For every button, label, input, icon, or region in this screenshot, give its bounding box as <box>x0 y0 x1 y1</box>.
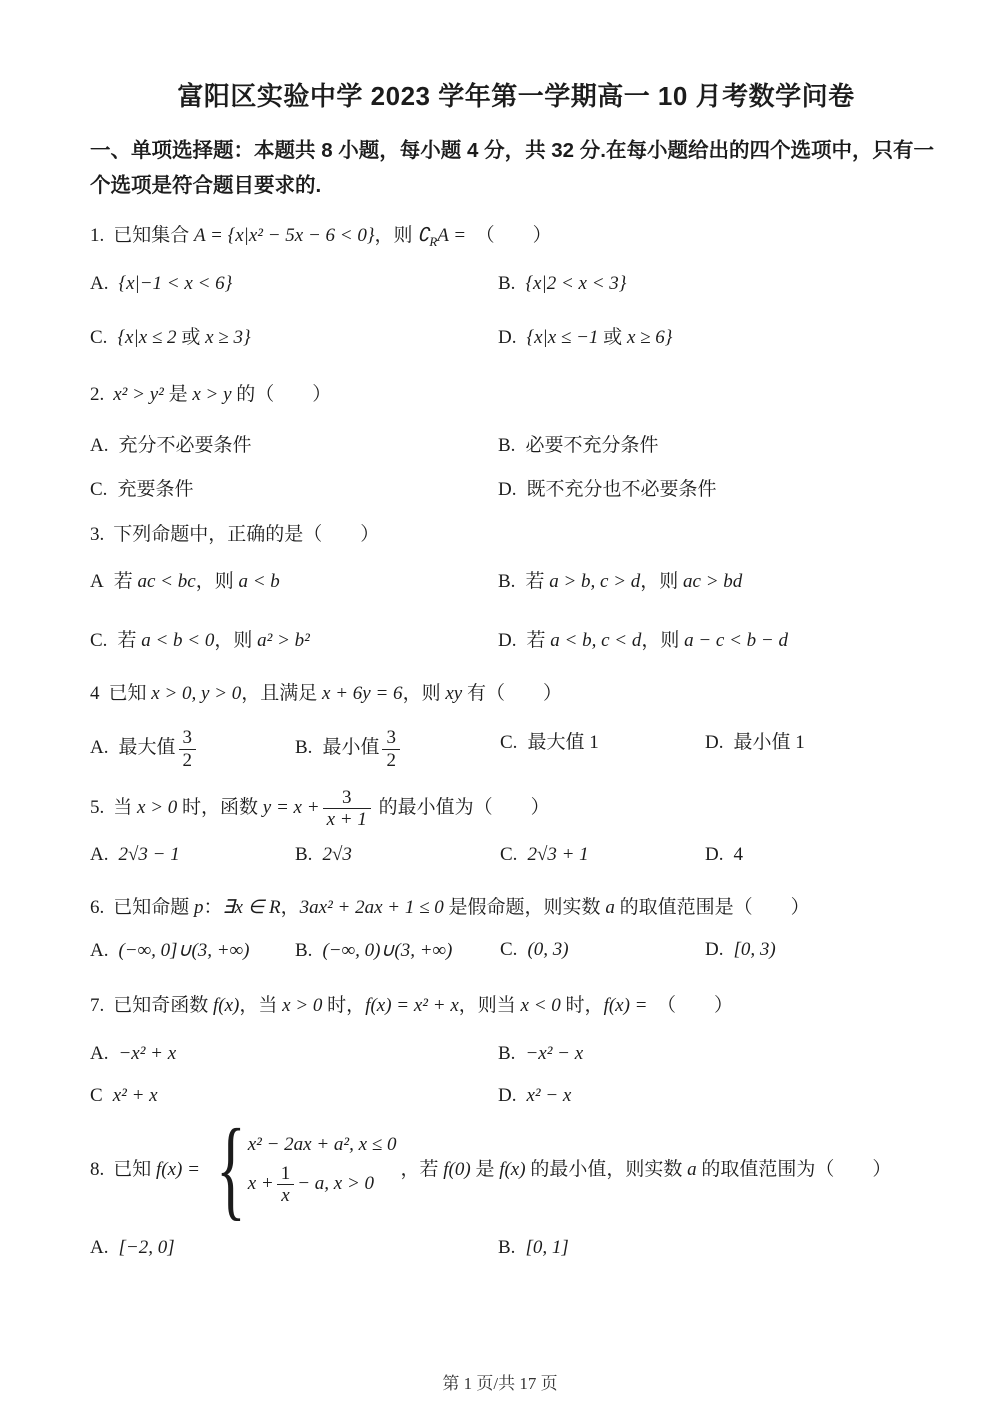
option-label: B. <box>295 844 312 865</box>
option-item: B.[0, 1] <box>498 1237 942 1259</box>
options-row: A.{x|−1 < x < 6} B.{x|2 < x < 3} <box>90 273 942 295</box>
text-run: ，则 <box>196 571 239 592</box>
text-run: 是 <box>164 384 193 405</box>
math-run: f(0) <box>443 1159 470 1180</box>
math-run: {x|x ≤ −1 <box>526 327 598 348</box>
math-run: a − c < b − d <box>684 630 788 651</box>
text-run: ，则 <box>641 630 684 651</box>
option-content: 最大值 1 <box>527 732 598 753</box>
text-run: 2 <box>183 750 193 771</box>
option-label: A <box>90 571 104 592</box>
options-row: A.(−∞, 0]∪(3, +∞) B.(−∞, 0)∪(3, +∞) C.(0… <box>90 939 942 962</box>
option-label: B. <box>498 435 515 456</box>
text-run: 4 <box>733 844 743 865</box>
option-content: 充要条件 <box>117 479 193 500</box>
option-item: A.−x² + x <box>90 1043 498 1065</box>
text-run: 若 <box>526 630 550 651</box>
options-row: C.若 a < b < 0，则 a² > b² D.若 a < b, c < d… <box>90 625 942 652</box>
math-run: − a, x > 0 <box>297 1173 374 1194</box>
option-label: D. <box>705 939 723 960</box>
math-run: [0, 1] <box>525 1237 568 1258</box>
question-number: 1. <box>90 225 104 246</box>
math-run: −x² + x <box>118 1043 176 1064</box>
text-run: ： <box>204 897 223 918</box>
option-label: D. <box>498 630 516 651</box>
option-item: B.{x|2 < x < 3} <box>498 273 942 295</box>
text-run: ，则 <box>374 225 417 246</box>
options-row: A.−x² + x B.−x² − x <box>90 1043 942 1065</box>
text-run: ，若 <box>400 1159 443 1180</box>
question-text: 已知集合 A = {x|x² − 5x − 6 < 0}，则 ∁RA = （ ） <box>113 225 551 246</box>
option-content: 必要不充分条件 <box>525 435 658 456</box>
question-stem: 1.已知集合 A = {x|x² − 5x − 6 < 0}，则 ∁RA = （… <box>90 220 942 250</box>
option-label: A. <box>90 435 108 456</box>
text-run: 有（ ） <box>462 683 562 704</box>
question-text: 已知 x > 0, y > 0，且满足 x + 6y = 6，则 xy 有（ ） <box>109 683 562 704</box>
options-row: A若 ac < bc，则 a < b B.若 a > b, c > d，则 ac… <box>90 566 942 593</box>
text-run: 或 <box>598 327 627 348</box>
math-run: a < b, c < d <box>550 630 641 651</box>
option-item: B.必要不充分条件 <box>498 430 942 457</box>
fraction-denominator: x <box>277 1184 295 1206</box>
math-run: f(x) <box>213 995 239 1016</box>
options-row: Cx² + x D.x² − x <box>90 1085 942 1107</box>
text-run: ， <box>281 897 300 918</box>
math-run: f(x) = <box>604 995 648 1016</box>
text-run: 时， <box>322 995 365 1016</box>
piecewise-cases: x² − 2ax + a², x ≤ 0x +1x− a, x > 0 <box>248 1127 397 1214</box>
option-item: A.2√3 − 1 <box>90 844 295 866</box>
fraction-numerator: 3 <box>323 787 371 808</box>
text-run: 充要条件 <box>117 479 193 500</box>
text-run: （ ） <box>648 995 734 1016</box>
text-run: 最小值 1 <box>733 732 804 753</box>
option-item: B.若 a > b, c > d，则 ac > bd <box>498 566 942 593</box>
option-label: B. <box>295 940 312 961</box>
option-item: D.既不充分也不必要条件 <box>498 474 942 501</box>
options-row: C.{x|x ≤ 2 或 x ≥ 3} D.{x|x ≤ −1 或 x ≥ 6} <box>90 322 942 349</box>
option-item: D.最小值 1 <box>705 727 942 771</box>
option-label: B. <box>295 737 312 758</box>
text-run: 2 <box>386 750 396 771</box>
math-run: a <box>687 1159 697 1180</box>
text-run: 或 <box>177 327 206 348</box>
option-item: B.2√3 <box>295 844 500 866</box>
option-item: D.若 a < b, c < d，则 a − c < b − d <box>498 625 942 652</box>
option-item: B.−x² − x <box>498 1043 942 1065</box>
text-run: ，当 <box>239 995 282 1016</box>
fraction-numerator: 1 <box>277 1163 295 1184</box>
option-item: D.x² − x <box>498 1085 942 1107</box>
math-run: −x² − x <box>525 1043 583 1064</box>
piecewise-case: x +1x− a, x > 0 <box>248 1163 397 1207</box>
math-run: (0, 3) <box>527 939 568 960</box>
option-content: 若 ac < bc，则 a < b <box>114 571 280 592</box>
math-run: xy <box>445 683 462 704</box>
math-run: x < 0 <box>521 995 561 1016</box>
question-text: 已知奇函数 f(x)，当 x > 0 时，f(x) = x² + x，则当 x … <box>113 995 733 1016</box>
option-content: [−2, 0] <box>118 1237 174 1258</box>
math-run: x² + x <box>113 1085 158 1106</box>
math-run: a <box>605 897 615 918</box>
option-item: D.[0, 3) <box>705 939 942 962</box>
math-run: ∃x ∈ R <box>223 897 281 918</box>
text-run: 的最小值，则实数 <box>526 1159 688 1180</box>
text-run: 若 <box>114 571 138 592</box>
exam-title: 富阳区实验中学 2023 学年第一学期高一 10 月考数学问卷 <box>90 76 942 113</box>
math-run: x² > y² <box>113 384 164 405</box>
option-content: 2√3 − 1 <box>118 844 179 865</box>
option-label: A. <box>90 273 108 294</box>
option-content: {x|−1 < x < 6} <box>118 273 232 294</box>
options-row: A.充分不必要条件 B.必要不充分条件 <box>90 430 942 457</box>
option-content: {x|x ≤ −1 或 x ≥ 6} <box>526 327 672 348</box>
math-run: A = <box>437 225 466 246</box>
option-content: 2√3 + 1 <box>527 844 588 865</box>
text-run: 时， <box>561 995 604 1016</box>
math-run: 3ax² + 2ax + 1 ≤ 0 <box>300 897 444 918</box>
fraction-denominator: 2 <box>382 749 400 771</box>
text-run: 是假命题，则实数 <box>444 897 606 918</box>
text-run: 的取值范围是（ ） <box>615 897 810 918</box>
math-run: x² − x <box>526 1085 571 1106</box>
option-content: 既不充分也不必要条件 <box>526 479 716 500</box>
option-content: 若 a < b, c < d，则 a − c < b − d <box>526 630 788 651</box>
option-label: B. <box>498 1237 515 1258</box>
question-stem: 3.下列命题中，正确的是（ ） <box>90 519 942 546</box>
text-run: 1 <box>281 1163 291 1184</box>
option-label: D. <box>498 1085 516 1106</box>
fraction: 32 <box>382 727 400 771</box>
option-item: C.{x|x ≤ 2 或 x ≥ 3} <box>90 322 498 349</box>
math-run: a < b <box>238 571 279 592</box>
option-content: 若 a > b, c > d，则 ac > bd <box>525 571 742 592</box>
fraction-numerator: 3 <box>179 727 197 748</box>
text-run: 最小值 <box>322 737 379 758</box>
question-text: 已知命题 p：∃x ∈ R，3ax² + 2ax + 1 ≤ 0 是假命题，则实… <box>113 897 809 918</box>
options-row: A.2√3 − 1 B.2√3 C.2√3 + 1 D.4 <box>90 844 942 866</box>
option-item: C.若 a < b < 0，则 a² > b² <box>90 625 498 652</box>
math-run: f(x) <box>499 1159 525 1180</box>
option-content: 2√3 <box>322 844 351 865</box>
text-run: 已知奇函数 <box>113 995 213 1016</box>
math-run: x ≥ 6} <box>627 327 672 348</box>
option-label: A. <box>90 737 108 758</box>
math-run: f(x) = x² + x <box>365 995 459 1016</box>
math-run: ac > bd <box>683 571 742 592</box>
question-number: 5. <box>90 797 104 818</box>
math-run: x + 1 <box>327 809 367 830</box>
piecewise-function: {x² − 2ax + a², x ≤ 0x +1x− a, x > 0 <box>204 1125 397 1215</box>
math-run: [0, 3) <box>733 939 775 960</box>
option-content: {x|x ≤ 2 或 x ≥ 3} <box>117 327 250 348</box>
option-content: 4 <box>733 844 743 865</box>
option-item: C.充要条件 <box>90 474 498 501</box>
text-run: ，且满足 <box>241 683 322 704</box>
math-run: a > b, c > d <box>549 571 640 592</box>
question-stem: 4已知 x > 0, y > 0，且满足 x + 6y = 6，则 xy 有（ … <box>90 678 942 705</box>
question-stem: 5.当 x > 0 时，函数 y = x +3x + 1 的最小值为（ ） <box>90 787 942 831</box>
math-run: x ≥ 3} <box>205 327 250 348</box>
math-run: x > y <box>192 384 231 405</box>
math-run: f(x) = <box>156 1159 200 1180</box>
text-run: 已知集合 <box>113 225 194 246</box>
text-run: 最大值 1 <box>527 732 598 753</box>
question-number: 8. <box>90 1159 104 1180</box>
question-stem: 7.已知奇函数 f(x)，当 x > 0 时，f(x) = x² + x，则当 … <box>90 990 942 1017</box>
text-run: （ ） <box>466 225 552 246</box>
math-run: x > 0 <box>282 995 322 1016</box>
option-item: A.{x|−1 < x < 6} <box>90 273 498 295</box>
option-item: C.(0, 3) <box>500 939 705 962</box>
math-run: 2√3 <box>322 844 351 865</box>
question-number: 3. <box>90 524 104 545</box>
question-number: 4 <box>90 683 100 704</box>
text-run: 3 <box>386 727 396 748</box>
option-label: C. <box>90 630 107 651</box>
math-run: x > 0, y > 0 <box>151 683 241 704</box>
option-content: [0, 3) <box>733 939 775 960</box>
math-run: x + 6y = 6 <box>322 683 403 704</box>
option-label: C <box>90 1085 103 1106</box>
option-label: A. <box>90 1043 108 1064</box>
question-number: 6. <box>90 897 104 918</box>
fraction: 32 <box>179 727 197 771</box>
option-label: D. <box>498 327 516 348</box>
text-run: 3 <box>183 727 193 748</box>
option-item: Cx² + x <box>90 1085 498 1107</box>
option-label: C. <box>500 939 517 960</box>
option-item: A.充分不必要条件 <box>90 430 498 457</box>
options-row: A.[−2, 0] B.[0, 1] <box>90 1237 942 1259</box>
math-run: a < b < 0 <box>141 630 214 651</box>
option-content: 若 a < b < 0，则 a² > b² <box>117 630 309 651</box>
math-run: 2√3 − 1 <box>118 844 179 865</box>
math-run: x > 0 <box>137 797 177 818</box>
option-label: B. <box>498 571 515 592</box>
text-run: 若 <box>117 630 141 651</box>
math-run: x + <box>248 1173 274 1194</box>
math-run: [−2, 0] <box>118 1237 174 1258</box>
left-brace: { <box>216 1125 246 1215</box>
text-run: 已知 <box>109 683 152 704</box>
option-item: D.{x|x ≤ −1 或 x ≥ 6} <box>498 322 942 349</box>
question-text: 下列命题中，正确的是（ ） <box>113 524 379 545</box>
text-run: 若 <box>525 571 549 592</box>
option-content: 最小值 1 <box>733 732 804 753</box>
option-label: A. <box>90 844 108 865</box>
option-content: {x|2 < x < 3} <box>525 273 626 294</box>
math-run: (−∞, 0)∪(3, +∞) <box>322 940 452 961</box>
piecewise-case: x² − 2ax + a², x ≤ 0 <box>248 1134 397 1156</box>
math-run: {x|2 < x < 3} <box>525 273 626 294</box>
option-content: −x² − x <box>525 1043 583 1064</box>
fraction: 1x <box>277 1163 295 1207</box>
option-item: C.最大值 1 <box>500 727 705 771</box>
text-run: 最大值 <box>118 737 175 758</box>
option-item: A若 ac < bc，则 a < b <box>90 566 498 593</box>
math-run: 2√3 + 1 <box>527 844 588 865</box>
text-run: 的最小值为（ ） <box>374 797 550 818</box>
math-run: a² > b² <box>257 630 310 651</box>
text-run: 的（ ） <box>232 384 332 405</box>
option-item: A.[−2, 0] <box>90 1237 498 1259</box>
math-run: x <box>281 1185 289 1206</box>
option-label: B. <box>498 1043 515 1064</box>
option-label: D. <box>498 479 516 500</box>
fraction: 3x + 1 <box>323 787 371 831</box>
option-label: A. <box>90 940 108 961</box>
option-content: x² − x <box>526 1085 571 1106</box>
text-run: 已知命题 <box>113 897 194 918</box>
math-run: ac < bc <box>138 571 196 592</box>
text-run: 既不充分也不必要条件 <box>526 479 716 500</box>
fraction-numerator: 3 <box>382 727 400 748</box>
math-run: p <box>194 897 204 918</box>
option-label: B. <box>498 273 515 294</box>
option-label: D. <box>705 844 723 865</box>
option-item: D.4 <box>705 844 942 866</box>
option-item: C.2√3 + 1 <box>500 844 705 866</box>
page-number-footer: 第 1 页/共 17 页 <box>0 1369 1000 1394</box>
question-stem: 2.x² > y² 是 x > y 的（ ） <box>90 379 942 406</box>
option-content: 最大值32 <box>118 737 199 758</box>
fraction-denominator: x + 1 <box>323 808 371 830</box>
math-run: {x|−1 < x < 6} <box>118 273 232 294</box>
text-run: 充分不必要条件 <box>118 435 251 456</box>
options-row: A.最大值32 B.最小值32 C.最大值 1 D.最小值 1 <box>90 727 942 771</box>
option-content: −x² + x <box>118 1043 176 1064</box>
math-run: y = x + <box>263 797 320 818</box>
text-run: 必要不充分条件 <box>525 435 658 456</box>
option-label: A. <box>90 1237 108 1258</box>
option-label: C. <box>90 327 107 348</box>
option-label: D. <box>705 732 723 753</box>
math-run: ∁ <box>417 225 429 246</box>
text-run: ，则 <box>403 683 446 704</box>
option-item: A.(−∞, 0]∪(3, +∞) <box>90 939 295 962</box>
question-stem: 8.已知 f(x) ={x² − 2ax + a², x ≤ 0x +1x− a… <box>90 1125 942 1215</box>
math-run: (−∞, 0]∪(3, +∞) <box>118 940 249 961</box>
question-stem: 6.已知命题 p：∃x ∈ R，3ax² + 2ax + 1 ≤ 0 是假命题，… <box>90 892 942 919</box>
option-content: (0, 3) <box>527 939 568 960</box>
exam-page: 富阳区实验中学 2023 学年第一学期高一 10 月考数学问卷 一、单项选择题：… <box>0 76 1000 1259</box>
math-run: {x|x ≤ 2 <box>117 327 176 348</box>
option-content: (−∞, 0)∪(3, +∞) <box>322 940 452 961</box>
option-label: C. <box>500 732 517 753</box>
text-run: 时，函数 <box>177 797 263 818</box>
math-run: A = {x|x² − 5x − 6 < 0} <box>194 225 374 246</box>
question-text: 已知 f(x) ={x² − 2ax + a², x ≤ 0x +1x− a, … <box>113 1159 891 1180</box>
option-content: x² + x <box>113 1085 158 1106</box>
question-number: 7. <box>90 995 104 1016</box>
option-content: (−∞, 0]∪(3, +∞) <box>118 940 249 961</box>
math-run: x² − 2ax + a², x ≤ 0 <box>248 1134 397 1155</box>
text-run: 3 <box>342 787 352 808</box>
text-run: 下列命题中，正确的是（ ） <box>113 524 379 545</box>
option-item: A.最大值32 <box>90 727 295 771</box>
question-text: x² > y² 是 x > y 的（ ） <box>113 384 331 405</box>
options-row: C.充要条件 D.既不充分也不必要条件 <box>90 474 942 501</box>
option-content: [0, 1] <box>525 1237 568 1258</box>
option-item: B.最小值32 <box>295 727 500 771</box>
text-run: 是 <box>471 1159 500 1180</box>
question-text: 当 x > 0 时，函数 y = x +3x + 1 的最小值为（ ） <box>113 797 549 818</box>
text-run: 的取值范围为（ ） <box>697 1159 892 1180</box>
text-run: 已知 <box>113 1159 156 1180</box>
question-number: 2. <box>90 384 104 405</box>
section-heading: 一、单项选择题：本题共 8 小题，每小题 4 分，共 32 分.在每小题给出的四… <box>90 133 942 204</box>
option-content: 充分不必要条件 <box>118 435 251 456</box>
option-label: C. <box>500 844 517 865</box>
option-label: C. <box>90 479 107 500</box>
text-run: ，则当 <box>459 995 521 1016</box>
text-run: 当 <box>113 797 137 818</box>
option-content: 最小值32 <box>322 737 403 758</box>
fraction-denominator: 2 <box>179 749 197 771</box>
text-run: ，则 <box>640 571 683 592</box>
text-run: ，则 <box>214 630 257 651</box>
option-item: B.(−∞, 0)∪(3, +∞) <box>295 939 500 962</box>
